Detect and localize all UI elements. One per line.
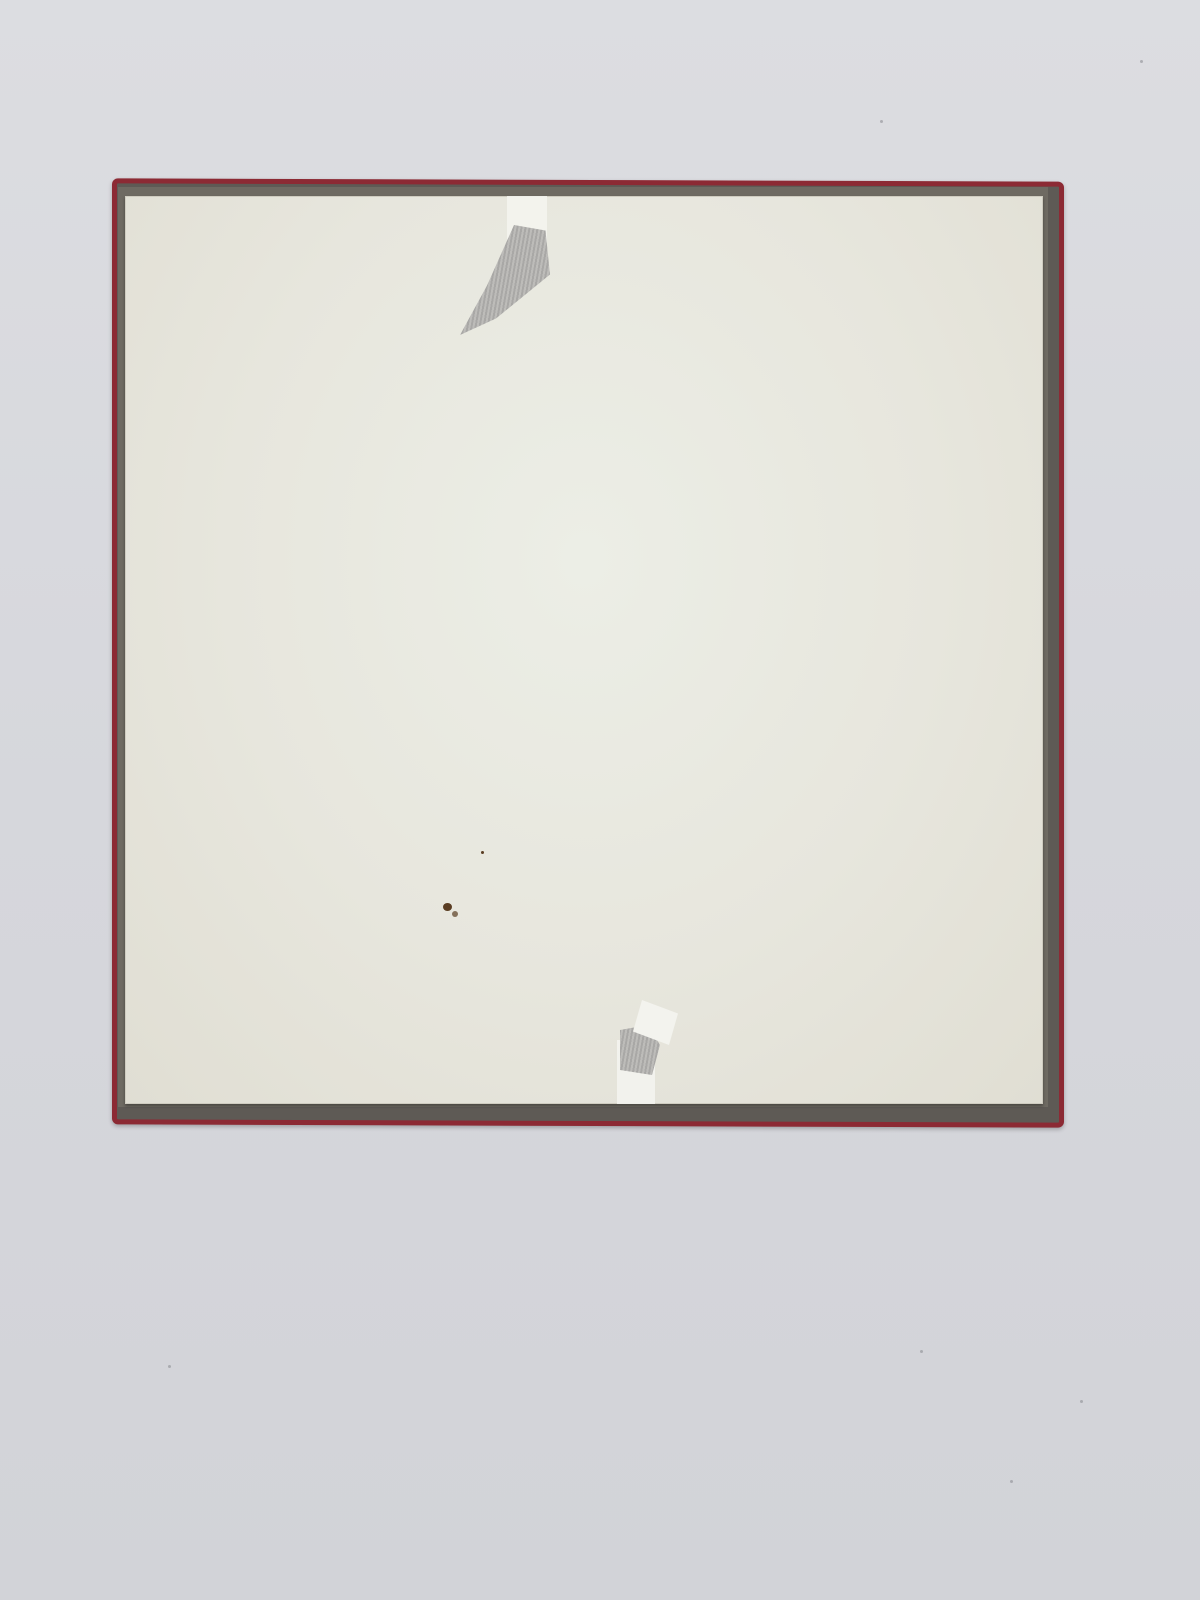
small-mark <box>481 851 484 854</box>
brown-stain <box>443 903 452 911</box>
dust-speck <box>168 1365 171 1368</box>
dust-speck <box>1140 60 1143 63</box>
dust-speck <box>1010 1480 1013 1483</box>
dust-speck <box>920 1350 923 1353</box>
dust-speck <box>1080 1400 1083 1403</box>
brown-stain <box>452 911 458 917</box>
dust-speck <box>880 120 883 123</box>
cardboard-insert <box>125 196 1043 1104</box>
